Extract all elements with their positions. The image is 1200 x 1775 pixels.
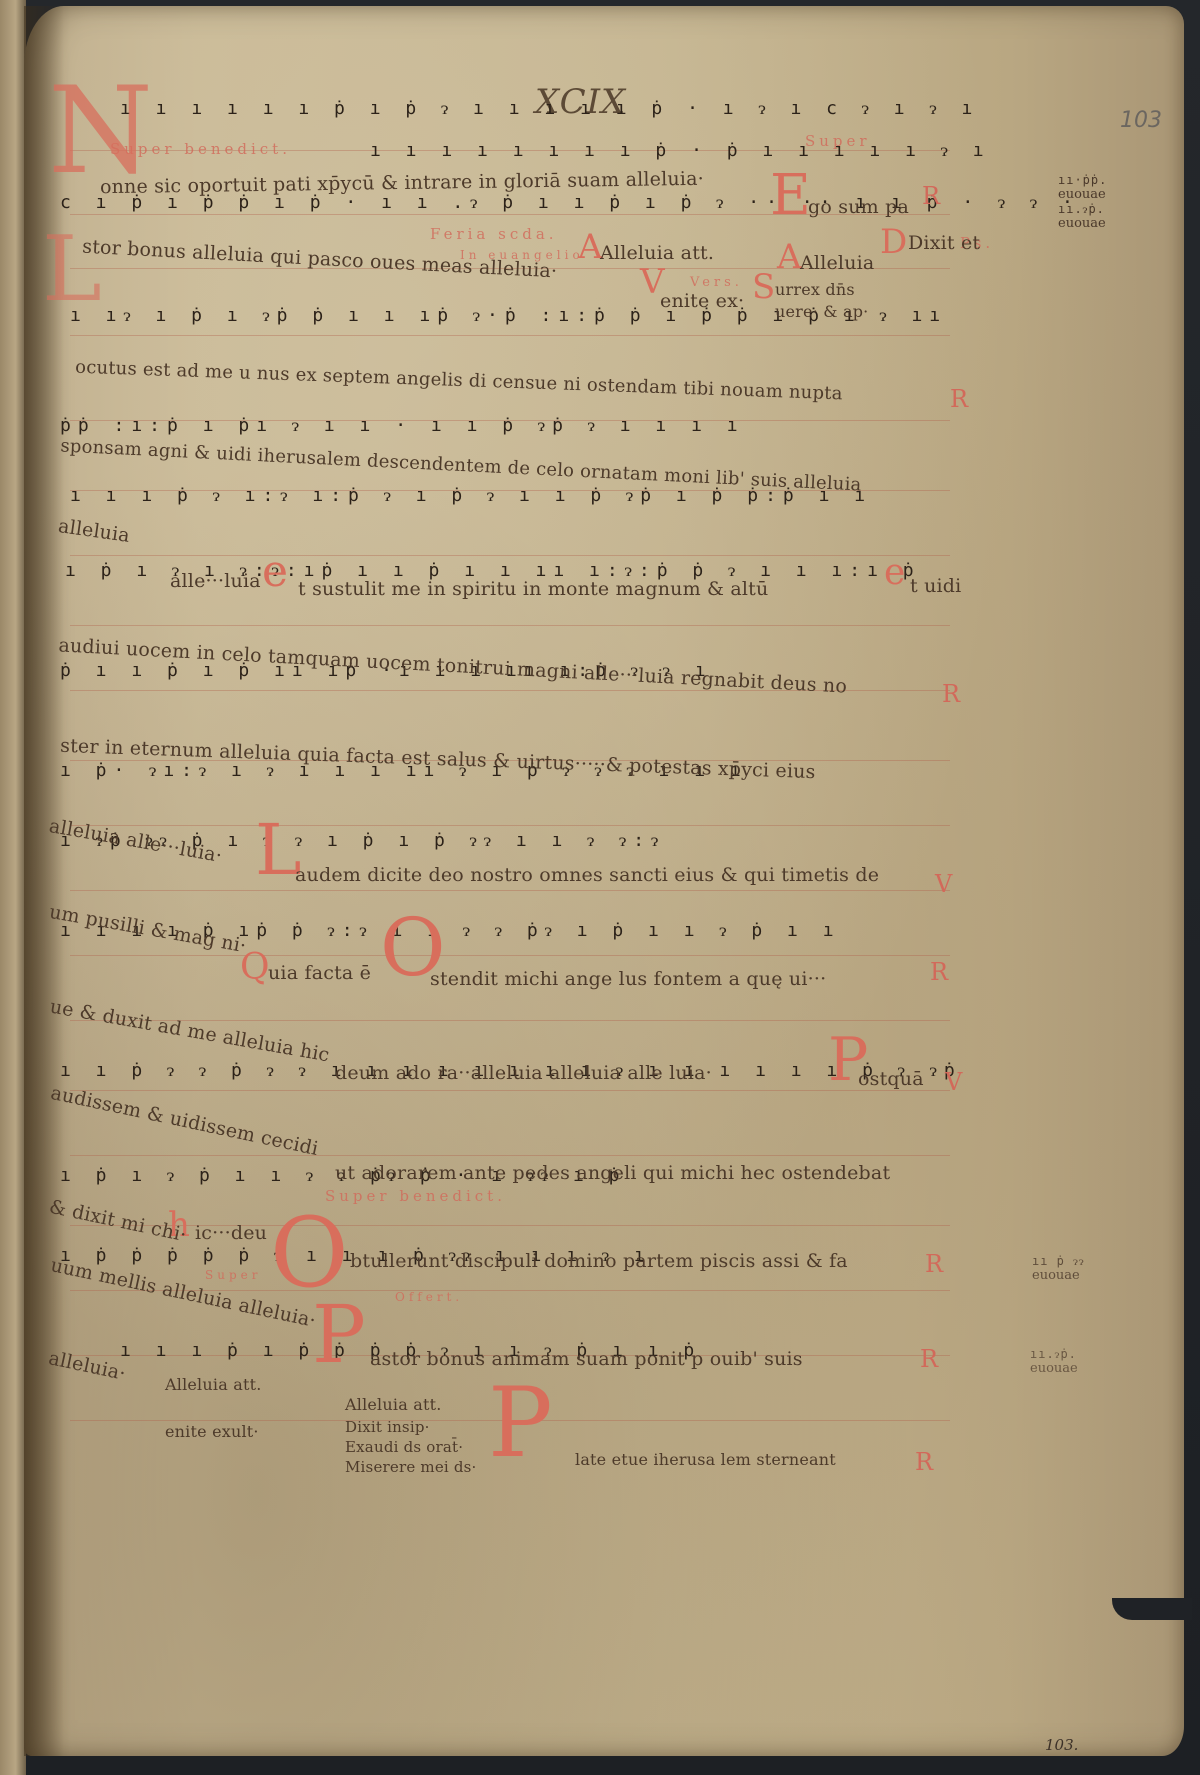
psalm-incipit-3: Miserere mei ds·	[345, 1458, 477, 1476]
responsory-marker: R	[942, 680, 960, 708]
text-line-16b: late etue iherusa lem sterneant	[575, 1450, 836, 1469]
text-line-2-mid1: Alleluia att.	[600, 242, 714, 264]
initial-S: S	[752, 270, 775, 304]
initial-N: N	[48, 72, 153, 192]
psalm-incipit-2: Exaudi ds orat̄·	[345, 1438, 463, 1456]
text-line-3a: enite ex·	[660, 290, 744, 312]
text-line-6b: alle···luia	[170, 570, 261, 592]
text-line-16a: enite exult·	[165, 1422, 259, 1441]
folio-number-pencil: 103	[1120, 108, 1162, 133]
text-line-9b: audem dicite deo nostro omnes sancti eiu…	[295, 864, 879, 886]
text-line-6c: t sustulit me in spiritu in monte magnum…	[298, 578, 768, 600]
text-line-2-mid3: Dixit et	[908, 232, 980, 254]
text-line-3b: urrex dn̄s	[775, 280, 855, 299]
initial-O-2: O	[270, 1205, 349, 1301]
text-line-15c: Alleluia att.	[345, 1395, 442, 1414]
margin-differentia-1: ıı·ṗṗ. euouae ıı.ɂṗ. euouae	[1058, 174, 1107, 231]
facing-page-edge	[0, 0, 26, 1775]
initial-A-2: A	[777, 240, 802, 274]
responsory-marker: R	[930, 958, 948, 986]
initial-P-2: P	[312, 1295, 366, 1375]
rubric-offertorium: Offert.	[395, 1290, 463, 1304]
text-line-14b: astor bonus animam suam ponit p ouib' su…	[370, 1348, 803, 1370]
text-line-10c: stendit michi ange lus fontem a quę ui··…	[430, 968, 826, 990]
text-line-6d: t uidi	[910, 575, 961, 597]
initial-E-3: e	[884, 555, 905, 591]
initial-P-3: P	[488, 1375, 553, 1471]
verse-marker: V	[935, 870, 952, 898]
text-line-13c: btullerunt discipuli domino partem pisci…	[350, 1250, 848, 1272]
initial-E-1: E	[770, 168, 811, 224]
rubric-feria: Feria scda.	[430, 225, 558, 243]
folio-number-bottom: 103.	[1045, 1736, 1078, 1754]
responsory-marker: R	[950, 385, 968, 413]
initial-A-1: A	[578, 230, 603, 264]
rubric-super-magnificat: Super	[805, 132, 871, 150]
responsory-marker: R	[920, 1345, 938, 1373]
text-line-13b: ic···deu	[195, 1222, 267, 1244]
rubric-super-benedictus-2: Super benedict.	[325, 1187, 506, 1205]
rubric-super-2: Super	[205, 1268, 261, 1282]
initial-E-2: e	[262, 550, 288, 594]
text-line-11c: ostquā	[858, 1068, 924, 1090]
psalm-incipit-1: Dixit insip·	[345, 1418, 430, 1436]
text-line-3c: uere· & ap·	[775, 302, 868, 321]
responsory-marker: R	[925, 1250, 943, 1278]
text-line-11b: deum ado ra··alleluia alleluia alle luia…	[335, 1062, 712, 1084]
text-line-12b: ut adorarem ante pedes angeli qui michi …	[335, 1162, 890, 1184]
text-line-15b: Alleluia att.	[165, 1375, 262, 1394]
rubric-vers: Vers.	[690, 275, 743, 290]
margin-differentia-2: ıı ṗ ɂɂ euouae	[1032, 1255, 1085, 1284]
initial-D: D	[880, 225, 907, 259]
verse-marker: V	[945, 1068, 962, 1096]
margin-differentia-3: ıı.ɂṗ. euouae	[1030, 1348, 1078, 1377]
page-tear	[1112, 1598, 1192, 1620]
responsory-marker: R	[922, 182, 940, 210]
text-line-1-right: go sum pa	[808, 196, 909, 218]
text-line-10b: uia facta ē	[268, 962, 371, 984]
text-line-2-mid2: Alleluia	[800, 252, 874, 274]
responsory-marker: R	[915, 1448, 933, 1476]
